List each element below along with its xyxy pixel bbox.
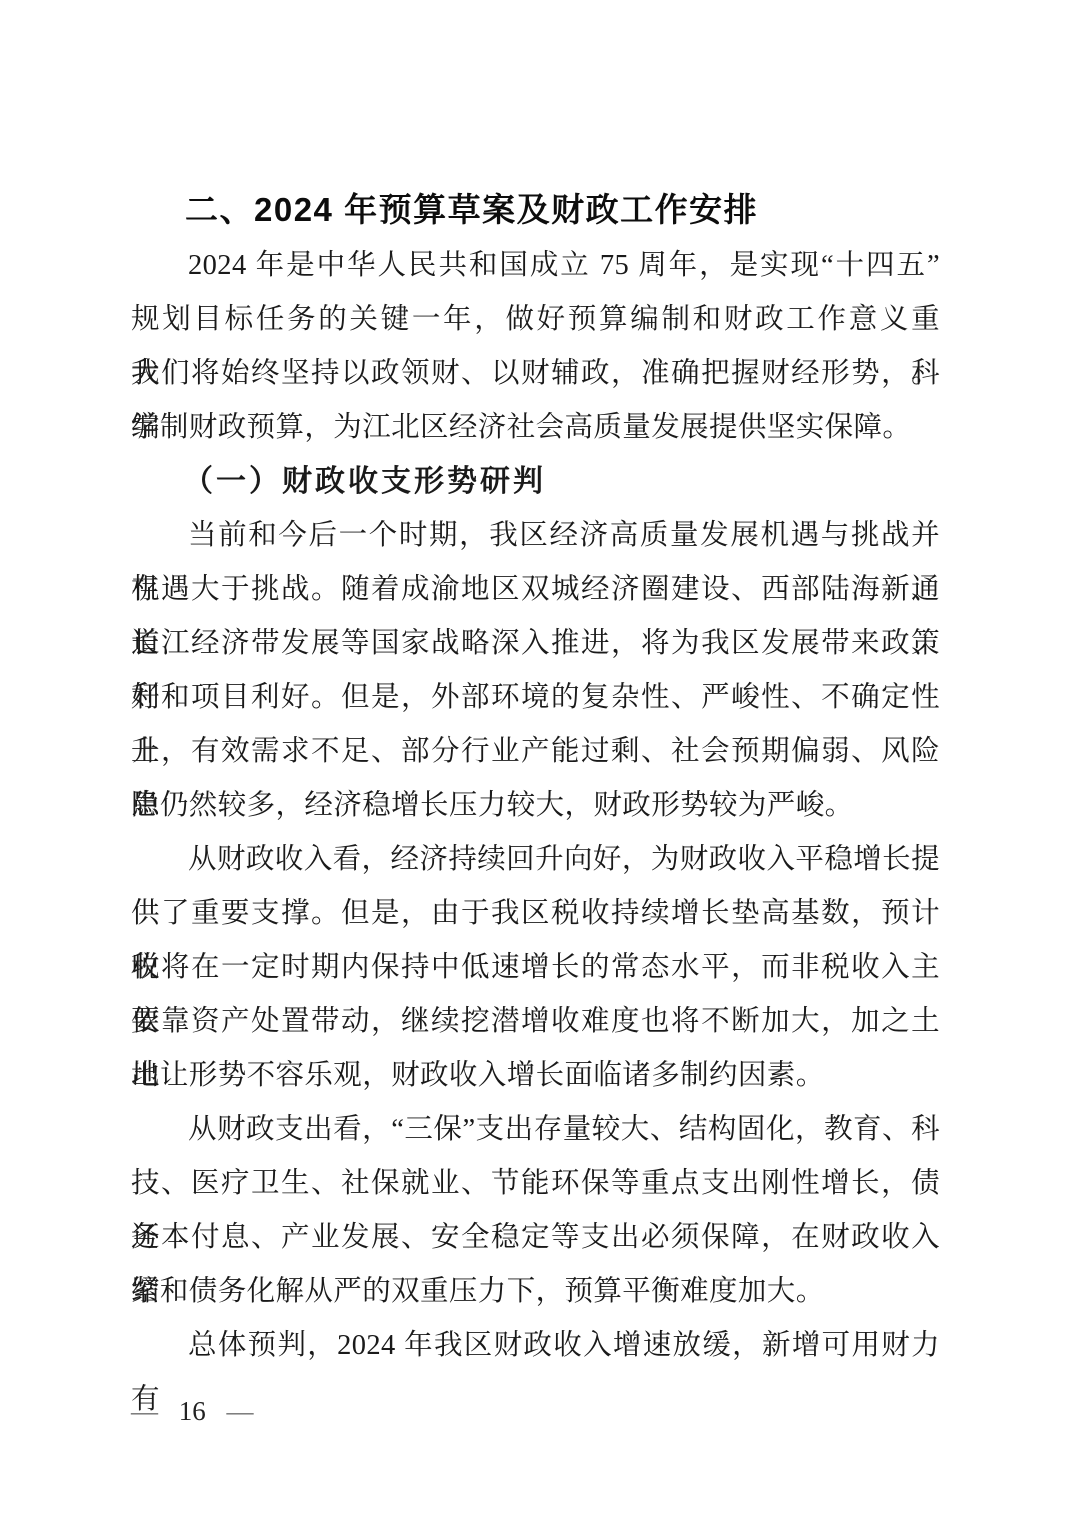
body-line: 患仍然较多，经济稳增长压力较大，财政形势较为严峻。 bbox=[131, 779, 940, 833]
document-page: 二、2024 年预算草案及财政工作安排 2024 年是中华人民共和国成立 75 … bbox=[0, 0, 1074, 1520]
subsection-heading: （一）财政收支形势研判 bbox=[131, 455, 940, 509]
page-number: 16 bbox=[179, 1396, 206, 1426]
body-line: 升，有效需求不足、部分行业产能过剩、社会预期偏弱、风险隐 bbox=[131, 725, 940, 779]
paragraph-intro: 2024 年是中华人民共和国成立 75 周年，是实现“十四五” 规划目标任务的关… bbox=[131, 239, 940, 455]
body-line: 我们将始终坚持以政领财、以财辅政，准确把握财经形势，科学 bbox=[131, 347, 940, 401]
body-line: 供了重要支撑。但是，由于我区税收持续增长垫高基数，预计税 bbox=[131, 887, 940, 941]
section-heading: 二、2024 年预算草案及财政工作安排 bbox=[131, 180, 940, 239]
body-line: 缩和债务化解从严的双重压力下，预算平衡难度加大。 bbox=[131, 1265, 940, 1319]
body-line: 规划目标任务的关键一年，做好预算编制和财政工作意义重大。 bbox=[131, 293, 940, 347]
footer-dash-left: — bbox=[131, 1396, 158, 1426]
body-line: 还本付息、产业发展、安全稳定等支出必须保障，在财政收入紧 bbox=[131, 1211, 940, 1265]
body-line: 总体预判，2024 年我区财政收入增速放缓，新增可用财力有 bbox=[131, 1319, 940, 1373]
body-line: 收将在一定时期内保持中低速增长的常态水平，而非税收入主要 bbox=[131, 941, 940, 995]
body-line: 好和项目利好。但是，外部环境的复杂性、严峻性、不确定性上 bbox=[131, 671, 940, 725]
footer-dash-right: — bbox=[227, 1396, 254, 1426]
paragraph-situation: 当前和今后一个时期，我区经济高质量发展机遇与挑战并存、 机遇大于挑战。随着成渝地… bbox=[131, 509, 940, 833]
body-line: 出让形势不容乐观，财政收入增长面临诸多制约因素。 bbox=[131, 1049, 940, 1103]
body-line: 编制财政预算，为江北区经济社会高质量发展提供坚实保障。 bbox=[131, 401, 940, 455]
body-line: 当前和今后一个时期，我区经济高质量发展机遇与挑战并存、 bbox=[131, 509, 940, 563]
body-line: 机遇大于挑战。随着成渝地区双城经济圈建设、西部陆海新通道、 bbox=[131, 563, 940, 617]
page-footer: — 16 — bbox=[131, 1394, 254, 1428]
paragraph-expenditure: 从财政支出看，“三保”支出存量较大、结构固化，教育、科 技、医疗卫生、社保就业、… bbox=[131, 1103, 940, 1319]
body-line: 依靠资产处置带动，继续挖潜增收难度也将不断加大，加之土地 bbox=[131, 995, 940, 1049]
page-content: 二、2024 年预算草案及财政工作安排 2024 年是中华人民共和国成立 75 … bbox=[131, 180, 940, 1373]
paragraph-revenue: 从财政收入看，经济持续回升向好，为财政收入平稳增长提 供了重要支撑。但是，由于我… bbox=[131, 833, 940, 1103]
body-line: 技、医疗卫生、社保就业、节能环保等重点支出刚性增长，债务 bbox=[131, 1157, 940, 1211]
paragraph-overall-judgement: 总体预判，2024 年我区财政收入增速放缓，新增可用财力有 bbox=[131, 1319, 940, 1373]
body-line: 从财政收入看，经济持续回升向好，为财政收入平稳增长提 bbox=[131, 833, 940, 887]
body-line: 2024 年是中华人民共和国成立 75 周年，是实现“十四五” bbox=[131, 239, 940, 293]
body-line: 从财政支出看，“三保”支出存量较大、结构固化，教育、科 bbox=[131, 1103, 940, 1157]
body-line: 长江经济带发展等国家战略深入推进，将为我区发展带来政策利 bbox=[131, 617, 940, 671]
